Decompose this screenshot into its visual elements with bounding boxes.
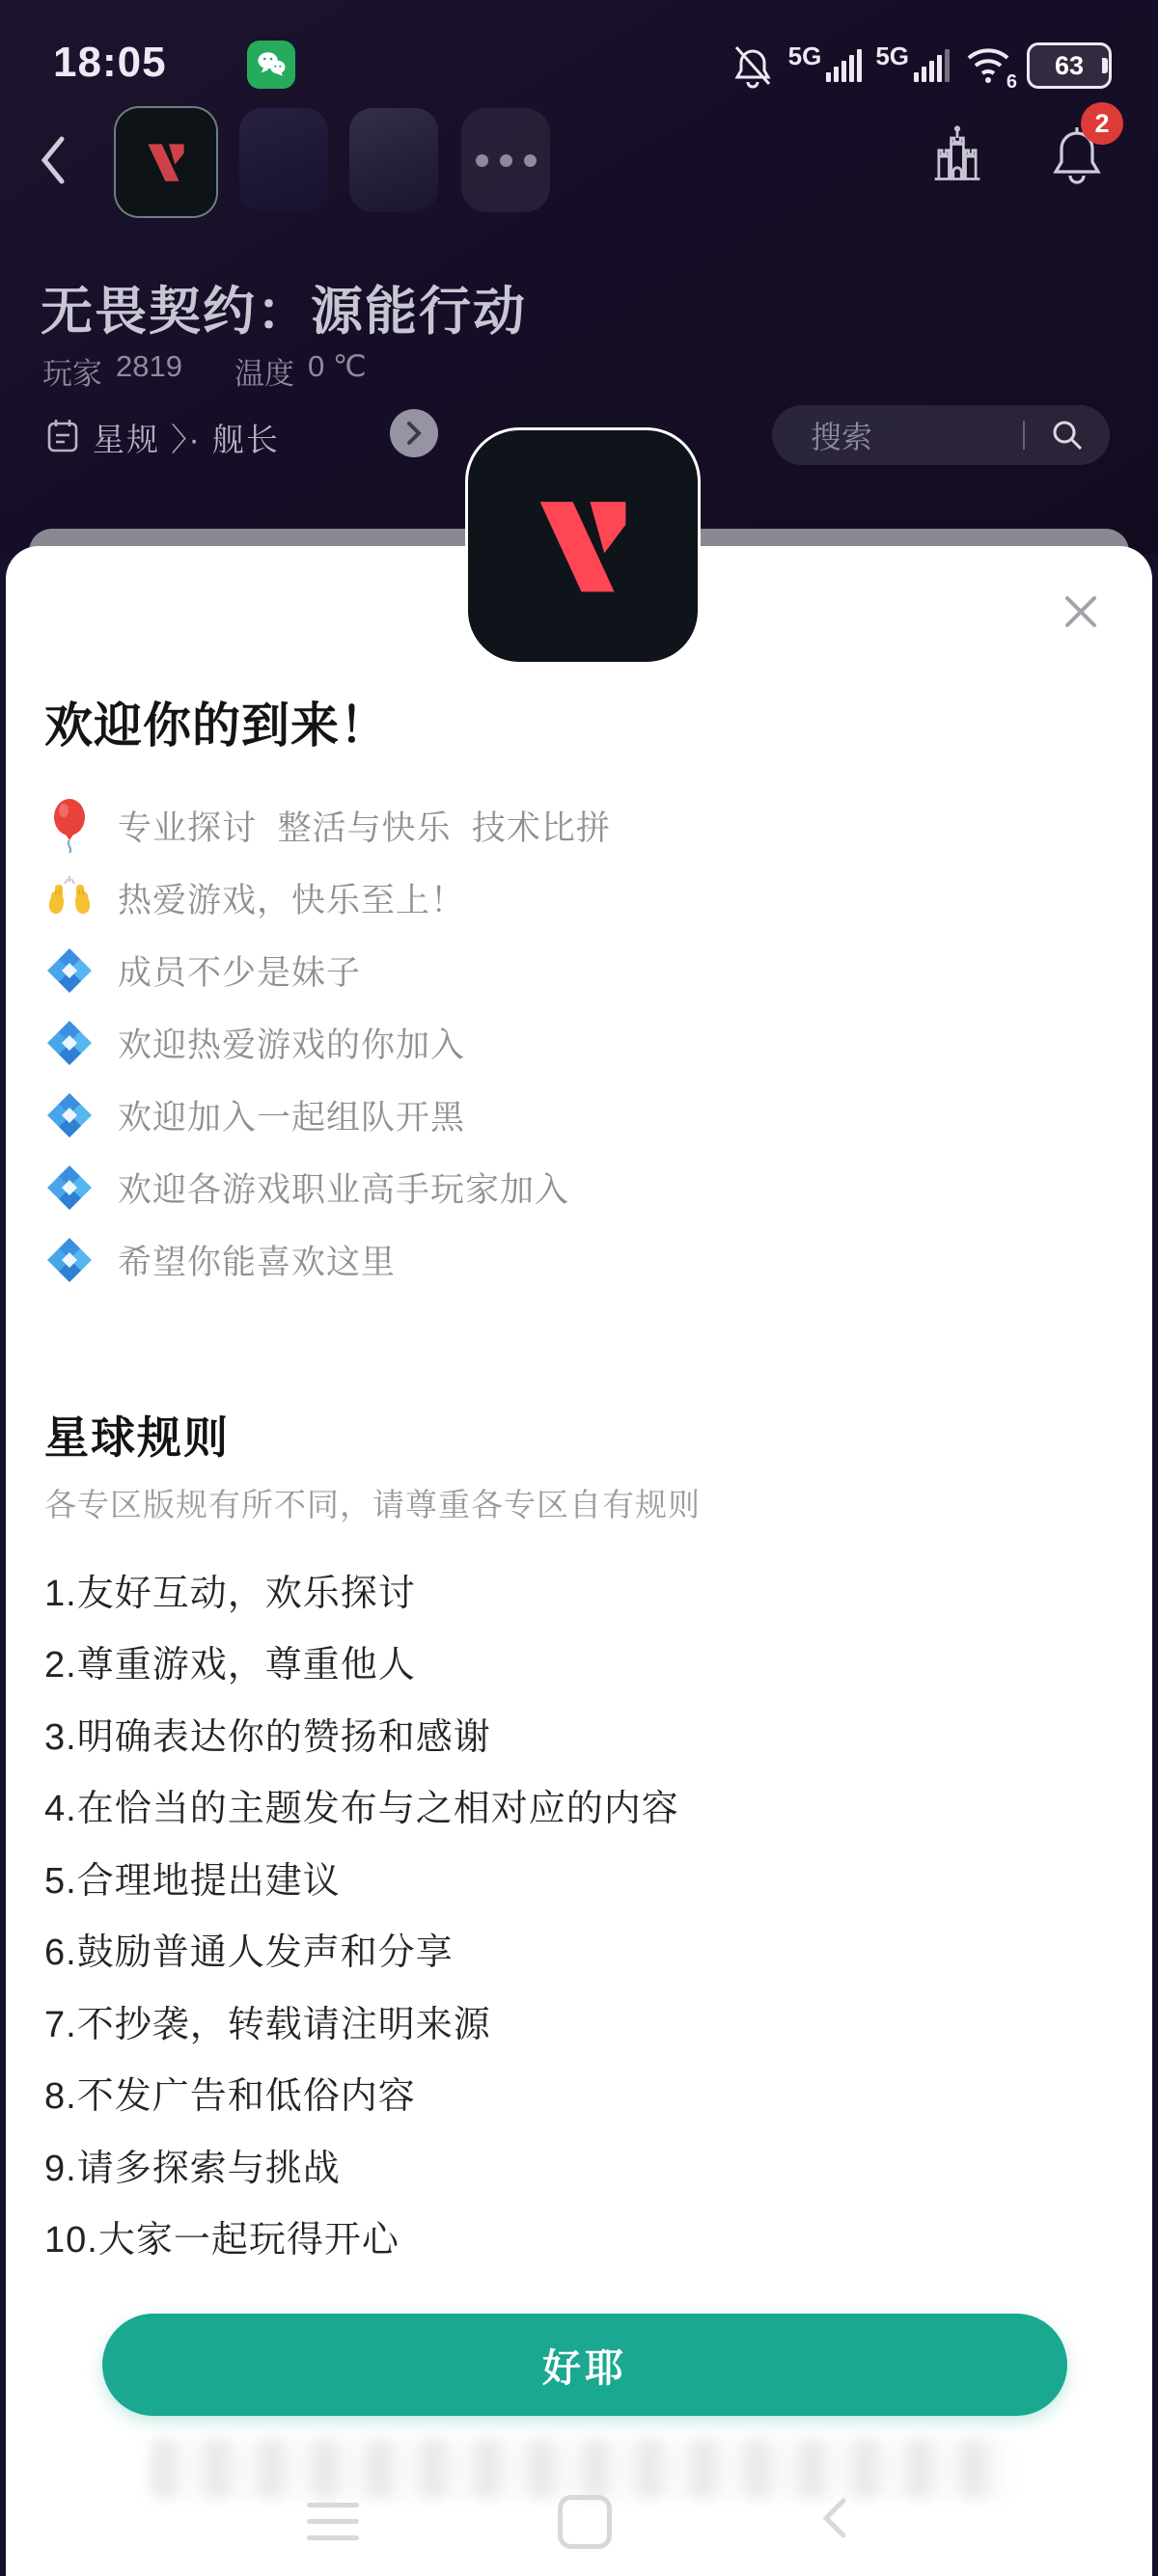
raised-hands-icon (44, 873, 95, 923)
rule-item: 8.不发广告和低俗内容 (44, 2057, 1094, 2129)
cell-signal-2: 5G (875, 49, 950, 82)
community-tab-avatar-3[interactable] (349, 108, 438, 212)
confirm-button[interactable]: 好耶 (102, 2314, 1067, 2416)
temp-label: 温度 (234, 349, 294, 393)
more-communities-button[interactable] (461, 108, 550, 212)
breadcrumb[interactable]: 星规 〉· 舰长 (93, 415, 280, 460)
chevron-right-icon[interactable] (390, 409, 438, 457)
list-item: 欢迎热爱游戏的你加入 (44, 1006, 1094, 1079)
players-label: 玩家 (42, 349, 102, 393)
list-item: 热爱游戏，快乐至上！ (44, 862, 1094, 934)
wechat-icon (247, 41, 295, 89)
list-item: 希望你能喜欢这里 (44, 1223, 1094, 1296)
rule-item: 6.鼓励普通人发声和分享 (44, 1913, 1094, 1986)
diamond-icon (44, 1165, 95, 1211)
rules-subtitle: 各专区版规有所不同，请尊重各专区自有规则 (44, 1480, 701, 1525)
screen: 18:05 5G 5G (0, 0, 1158, 2576)
welcome-title: 欢迎你的到来！ (44, 687, 389, 756)
community-title: 无畏契约：源能行动 (41, 270, 527, 344)
rule-item: 3.明确表达你的赞扬和感谢 (44, 1697, 1094, 1769)
back-icon[interactable] (816, 2493, 853, 2548)
community-stats: 玩家 2819 温度 0 ℃ (42, 349, 367, 393)
status-icons: 5G 5G 6 63 (731, 37, 1108, 95)
diamond-icon (44, 1237, 95, 1283)
community-tab-avatar-2[interactable] (239, 108, 328, 212)
welcome-sheet: 欢迎你的到来！ 专业探讨 整活与快乐 技术比拼 (6, 546, 1152, 2576)
search-input[interactable]: 搜索 (772, 405, 1110, 465)
rule-item: 10.大家一起玩得开心 (44, 2201, 1094, 2273)
wifi-icon: 6 (963, 42, 1013, 90)
castle-icon[interactable] (924, 116, 990, 193)
rules-title: 星球规则 (44, 1403, 230, 1466)
rule-item: 7.不抄袭，转载请注明来源 (44, 1985, 1094, 2057)
diamond-icon (44, 947, 95, 994)
search-placeholder: 搜索 (811, 413, 1023, 457)
battery-indicator: 63 (1027, 42, 1112, 89)
status-bar: 18:05 5G 5G (0, 37, 1158, 95)
back-chevron-icon[interactable] (33, 129, 75, 196)
list-item: 成员不少是妹子 (44, 934, 1094, 1006)
rule-item: 5.合理地提出建议 (44, 1841, 1094, 1913)
search-divider (1023, 421, 1025, 450)
rules-list: 1.友好互动，欢乐探讨 2.尊重游戏，尊重他人 3.明确表达你的赞扬和感谢 4.… (44, 1553, 1094, 2272)
search-icon[interactable] (1050, 418, 1085, 452)
community-tabs: 2 (0, 96, 1158, 222)
notifications-bell[interactable]: 2 (1048, 118, 1110, 195)
players-value: 2819 (116, 349, 182, 393)
home-icon[interactable] (558, 2495, 612, 2549)
android-nav-bar (0, 2483, 1158, 2576)
diamond-icon (44, 1092, 95, 1138)
clock: 18:05 (53, 39, 167, 87)
community-tab-valorant[interactable] (114, 106, 218, 218)
rulebook-icon (44, 417, 81, 460)
balloon-icon (44, 798, 95, 854)
diamond-icon (44, 1020, 95, 1066)
bell-muted-icon (731, 41, 775, 90)
rule-item: 9.请多探索与挑战 (44, 2128, 1094, 2201)
recents-icon[interactable] (307, 2503, 359, 2540)
list-item: 欢迎加入一起组队开黑 (44, 1079, 1094, 1151)
rule-item: 1.友好互动，欢乐探讨 (44, 1553, 1094, 1626)
temp-value: 0 ℃ (308, 349, 367, 393)
cell-signal-1: 5G (788, 49, 863, 82)
list-item: 欢迎各游戏职业高手玩家加入 (44, 1151, 1094, 1223)
notification-badge: 2 (1081, 102, 1123, 145)
list-item: 专业探讨 整活与快乐 技术比拼 (44, 789, 1094, 862)
valorant-logo-icon (465, 427, 701, 665)
rule-item: 4.在恰当的主题发布与之相对应的内容 (44, 1769, 1094, 1842)
close-icon[interactable] (1060, 590, 1102, 633)
rule-item: 2.尊重游戏，尊重他人 (44, 1626, 1094, 1698)
intro-list: 专业探讨 整活与快乐 技术比拼 (44, 789, 1094, 1296)
